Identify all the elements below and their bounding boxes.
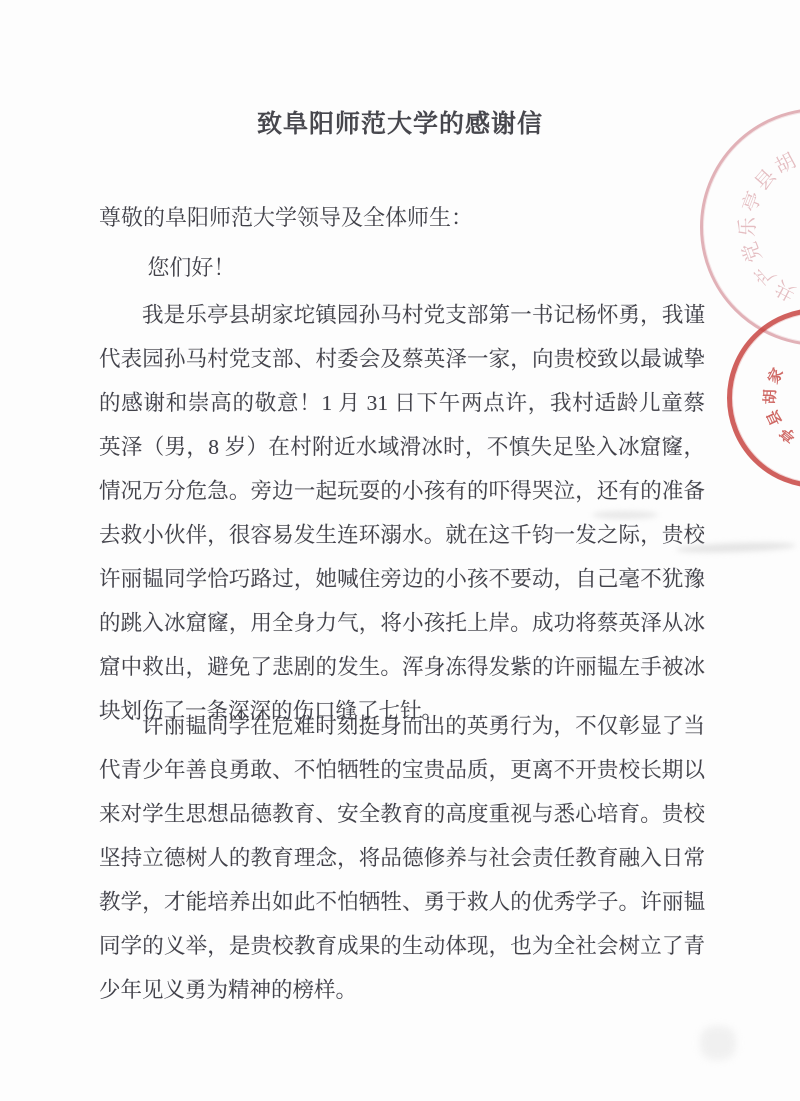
- greeting-line: 您们好！: [99, 251, 719, 282]
- letter-paragraph-1: 我是乐亭县胡家坨镇园孙马村党支部第一书记杨怀勇，我谨代表园孙马村党支部、村委会及…: [99, 293, 705, 733]
- seal-arc-character: 胡: [759, 389, 780, 405]
- letter-paragraph-2: 许丽韫同学在危难时刻挺身而出的英勇行为，不仅彰显了当代青少年善良勇敢、不怕牺牲的…: [99, 704, 705, 1012]
- salutation-line: 尊敬的阜阳师范大学领导及全体师生：: [99, 201, 719, 232]
- scanned-letter-page: 致阜阳师范大学的感谢信 尊敬的阜阳师范大学领导及全体师生： 您们好！ 我是乐亭县…: [0, 0, 800, 1101]
- scan-smudge: [700, 1026, 736, 1060]
- letter-title: 致阜阳师范大学的感谢信: [0, 104, 800, 140]
- red-official-seal-top-icon: 共产党乐亭县胡: [700, 108, 800, 346]
- seal-arc-character: 乐: [731, 217, 760, 237]
- red-official-seal-middle-icon: 乐亭县胡家: [727, 308, 800, 488]
